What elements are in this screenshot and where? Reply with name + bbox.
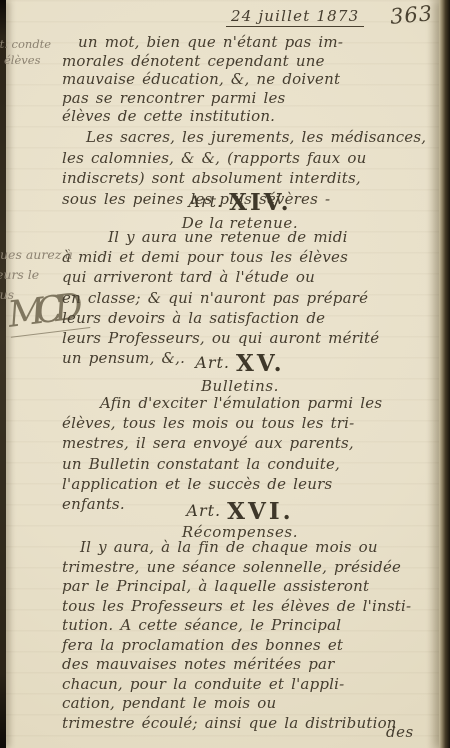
article-prefix: Art. [195,353,230,372]
manuscript-line: leurs devoirs à la satisfaction de [62,308,438,328]
manuscript-line: un Bulletin constatant la conduite, [62,454,438,474]
manuscript-line: l'application et le succès de leurs [62,474,438,494]
manuscript-line: mestres, il sera envoyé aux parents, [62,433,438,453]
page-edge [439,0,450,748]
manuscript-line: les calomnies, & &, (rapports faux ou [62,148,438,169]
manuscript-line: chacun, pour la conduite et l'appli- [62,675,438,695]
manuscript-line: un mot, bien que n'étant pas im- [62,33,438,52]
manuscript-line: trimestre écoulé; ainsi que la distribut… [62,714,438,734]
manuscript-line: pas se rencontrer parmi les [62,89,438,108]
paragraph: Afin d'exciter l'émulation parmi les élè… [62,393,438,514]
article-heading-14: Art.XIV. [60,189,420,216]
manuscript-line: Il y aura une retenue de midi [62,227,438,247]
margin-note-line: élèves [0,52,51,68]
book-binding-edge [0,0,6,748]
manuscript-line: des mauvaises notes méritées par [62,655,438,675]
manuscript-line: par le Principal, à laquelle assisteront [62,577,438,597]
article-prefix: Art. [188,192,223,211]
manuscript-line: tous les Professeurs et les élèves de l'… [62,597,438,617]
manuscript-line: Il y aura, à la fin de chaque mois ou [62,538,438,558]
article-numeral: XVI. [227,498,293,525]
manuscript-line: mauvaise éducation, &, ne doivent [62,70,438,89]
manuscript-line: fera la proclamation des bonnes et [62,636,438,656]
manuscript-line: Afin d'exciter l'émulation parmi les [62,393,438,413]
manuscript-line: en classe; & qui n'auront pas préparé [62,288,438,308]
manuscript-line: cation, pendant le mois ou [62,694,438,714]
margin-note-line: tt. condte [0,36,51,52]
paragraph: un mot, bien que n'étant pas im- morales… [62,33,438,126]
paragraph: Il y aura, à la fin de chaque mois ou tr… [62,538,438,733]
article-numeral: XV. [236,350,285,377]
page-number: 363 [389,1,434,29]
manuscript-line: à midi et demi pour tous les élèves [62,247,438,267]
manuscript-line: Les sacres, les jurements, les médisance… [62,127,438,148]
manuscript-page: 24 juillet 1873 363 tt. condte élèves un… [0,0,450,748]
manuscript-line: qui arriveront tard à l'étude ou [62,267,438,287]
manuscript-line: leurs Professeurs, ou qui auront mérité [62,328,438,348]
manuscript-line: trimestre, une séance solennelle, présid… [62,558,438,578]
manuscript-line: morales dénotent cependant une [62,52,438,71]
catchword: des [386,723,414,741]
manuscript-line: tution. A cette séance, le Principal [62,616,438,636]
article-heading-16: Art.XVI. [60,498,420,525]
paragraph: Il y aura une retenue de midi à midi et … [62,227,438,368]
article-heading-15: Art.XV. [60,350,420,377]
manuscript-line: élèves de cette institution. [62,107,438,126]
article-numeral: XIV. [229,189,291,216]
manuscript-line: élèves, tous les mois ou tous les tri- [62,413,438,433]
article-prefix: Art. [186,501,221,520]
header-date: 24 juillet 1873 [226,7,364,27]
manuscript-line: indiscrets) sont absolument interdits, [62,168,438,189]
margin-note-pencil: tt. condte élèves [0,36,51,68]
